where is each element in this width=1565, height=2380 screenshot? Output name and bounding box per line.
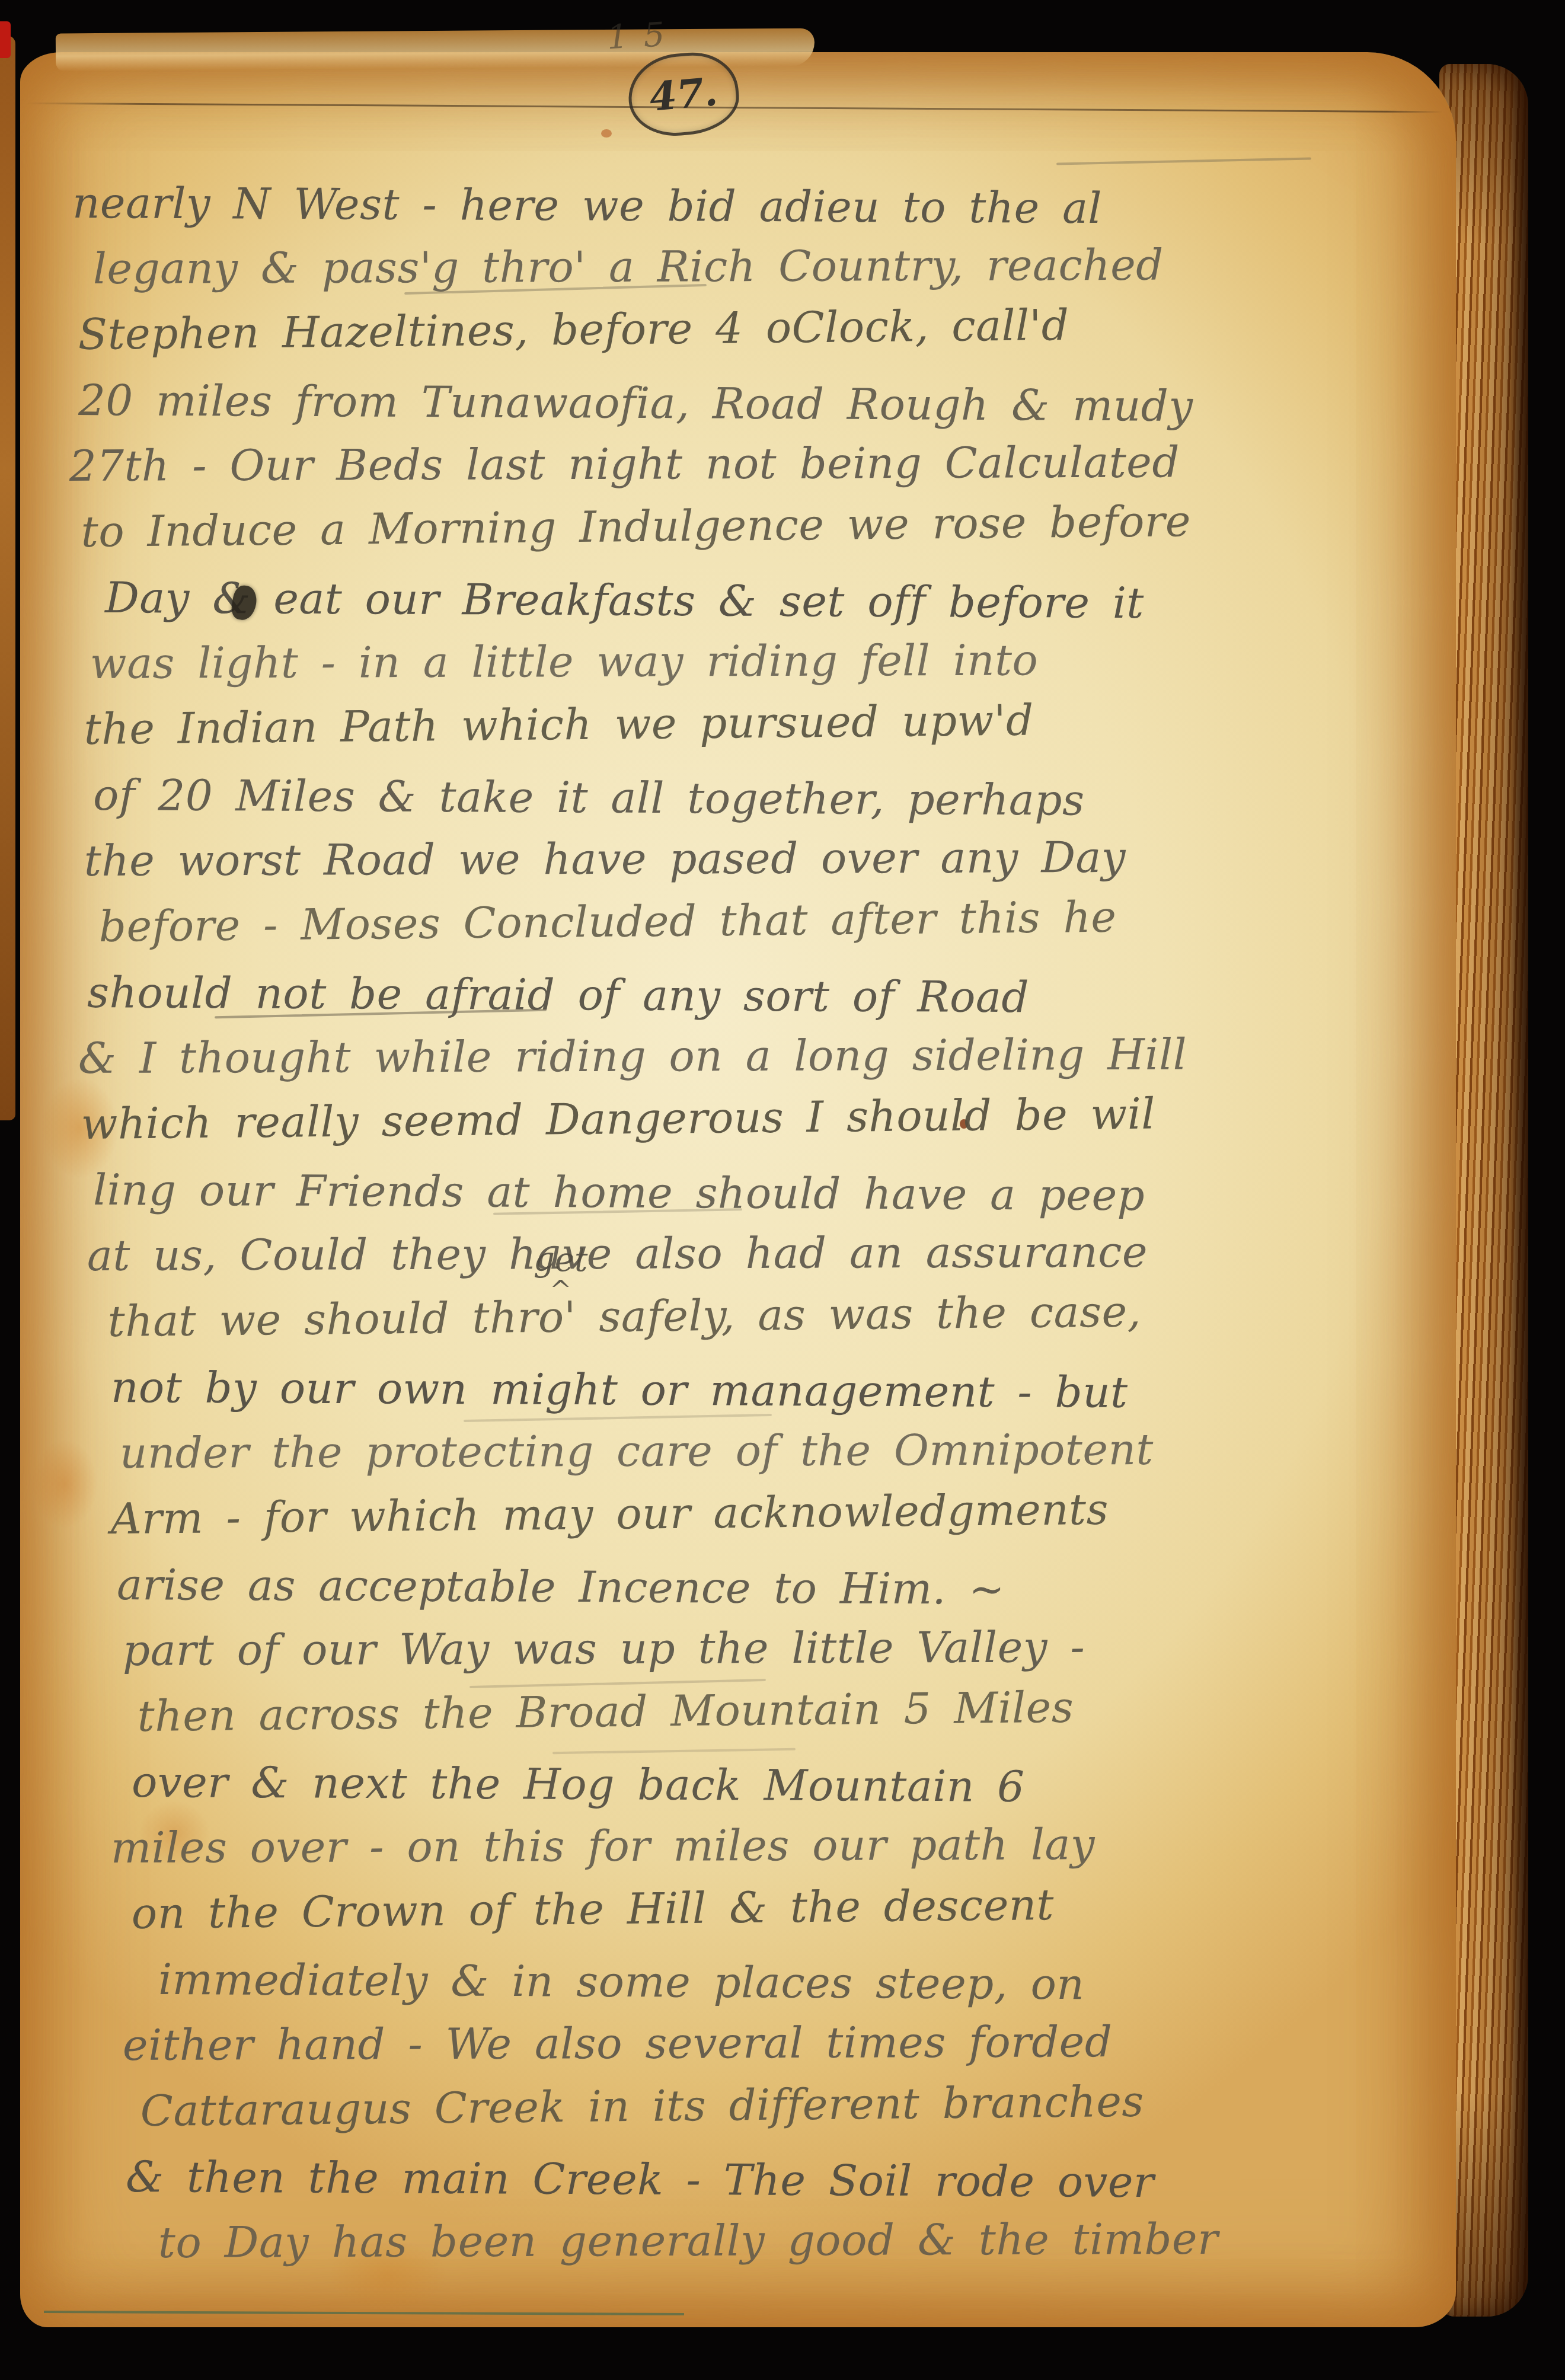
manuscript-line: on the Crown of the Hill & the descent bbox=[131, 1876, 1418, 1954]
manuscript-line: then across the Broad Mountain 5 Miles bbox=[137, 1679, 1418, 1757]
journal-page: 15 47. nearly N West - here we bid adieu… bbox=[20, 52, 1456, 2327]
scan-background: 15 47. nearly N West - here we bid adieu… bbox=[0, 0, 1565, 2380]
scan-artifact-line bbox=[44, 2311, 684, 2315]
manuscript-line: before - Moses Concluded that after this… bbox=[98, 889, 1418, 967]
manuscript-text: nearly N West - here we bid adieu to the… bbox=[55, 178, 1418, 2283]
manuscript-line: to Day has been generally good & the tim… bbox=[158, 2213, 1418, 2283]
top-edge-mark: 15 bbox=[606, 15, 681, 57]
manuscript-line: the Indian Path which we pursued upw'd bbox=[84, 691, 1418, 770]
manuscript-line: Cattaraugus Creek in its different branc… bbox=[140, 2074, 1418, 2152]
manuscript-line: to Induce a Morning Indulgence we rose b… bbox=[81, 494, 1418, 573]
adjacent-page-edge bbox=[0, 36, 15, 1120]
manuscript-line: Stephen Hazeltines, before 4 oClock, cal… bbox=[78, 296, 1418, 375]
pencil-smudge bbox=[1056, 157, 1311, 165]
scan-artifact bbox=[0, 21, 11, 58]
manuscript-line: which really seemd Dangerous I should be… bbox=[81, 1086, 1418, 1165]
paper-stain bbox=[601, 129, 612, 138]
manuscript-line: that we should thro' safely, as was the … bbox=[107, 1284, 1418, 1362]
manuscript-line: Arm - for which may our acknowledgments bbox=[110, 1481, 1418, 1560]
